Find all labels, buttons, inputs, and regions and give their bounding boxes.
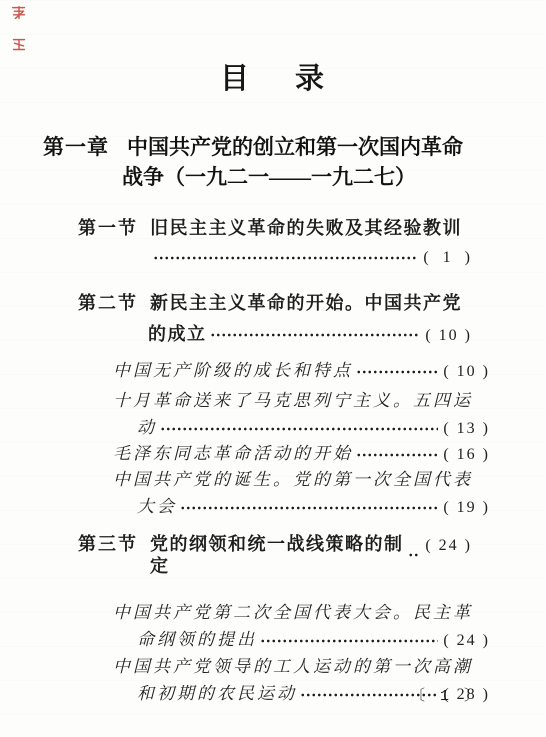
subsection2-line1-text: 十月革命送来了马克思列宁主义。五四运 [113,390,473,412]
section2-title-cont-text: 的成立 [148,323,207,345]
red-stamp-icon [10,36,28,54]
subsection2-line2-text: 动 [137,417,157,439]
chapter-heading-line2: 战争 （一九二一——一九二七） [122,165,546,190]
red-stamp-icon [10,4,28,22]
toc-section1-leader-row: ( 1 ) [150,247,472,269]
chapter-label: 第一章 [43,136,109,160]
section1-page-number: ( 1 ) [423,247,472,269]
subsection1-page-number: ( 10 ) [443,361,490,383]
toc-subsection-row: 毛泽东同志革命活动的开始 ( 16 ) [113,443,490,466]
toc-subsection-continuation-row: 命纲领的提出 ( 24 ) [137,629,490,652]
section1-title-text: 旧民主主义革命的失败及其经验教训 [150,217,462,239]
subsection4-line2-text: 大会 [137,496,177,518]
page-title: 目录 [0,0,546,96]
chapter-title-text-bold: 战争 [122,166,164,190]
red-stamp-mark-top [10,4,28,22]
subsection6-line2-text: 和初期的农民运动 [137,683,297,705]
section3-label: 第三节 [78,533,138,555]
red-stamp-mark-bottom [10,36,28,54]
dot-leader [160,425,438,433]
section3-title-text: 党的纲领和统一战线策略的制定 [150,533,405,577]
subsection3-text: 毛泽东同志革命活动的开始 [113,443,353,465]
scanned-toc-page: 目录 第一章 中国共产党的创立和第一次国内革命 战争 （一九二一——一九二七） … [0,0,546,737]
toc-subsection-continuation-row: 动 ( 13 ) [137,417,490,440]
dot-leader [260,637,438,645]
subsection2-page-number: ( 13 ) [443,418,490,440]
dot-leader [356,451,438,459]
section2-title-text: 新民主主义革命的开始。中国共产党 [150,292,462,314]
section2-label: 第二节 [78,292,138,314]
chapter-heading-line1: 第一章 中国共产党的创立和第一次国内革命 [43,136,546,160]
subsection6-line1-text: 中国共产党领导的工人运动的第一次高潮 [113,656,473,678]
section1-label: 第一节 [78,217,138,239]
dot-leader [180,504,438,512]
chapter-date-range: （一九二一——一九二七） [164,165,416,189]
subsection4-line1-text: 中国共产党的诞生。党的第一次全国代表 [113,469,473,491]
toc-subsection-row: 中国无产阶级的成长和特点 ( 10 ) [113,360,490,383]
toc-subsection-row: 十月革命送来了马克思列宁主义。五四运 [113,390,546,412]
toc-subsection-continuation-row: 大会 ( 19 ) [137,496,490,519]
subsection3-page-number: ( 16 ) [443,444,490,466]
dot-leader [356,368,438,376]
toc-subsection-row: 中国共产党第二次全国代表大会。民主革 [113,602,546,624]
toc-section2-continuation-row: 的成立 ( 10 ) [148,323,472,347]
toc-subsection-row: 中国共产党的诞生。党的第一次全国代表 [113,469,546,491]
toc-section1-title-row: 第一节 旧民主主义革命的失败及其经验教训 [78,217,546,239]
toc-section2-title-row: 第二节 新民主主义革命的开始。中国共产党 [78,292,546,314]
subsection5-line1-text: 中国共产党第二次全国代表大会。民主革 [113,602,473,624]
folio-page-number: 〔 1 〕 [410,684,482,705]
subsection4-page-number: ( 19 ) [443,497,490,519]
chapter-title-text: 中国共产党的创立和第一次国内革命 [127,136,463,160]
page-title-char-1: 目 [220,62,251,96]
subsection5-page-number: ( 24 ) [443,630,490,652]
subsection1-text: 中国无产阶级的成长和特点 [113,360,353,382]
section2-page-number: ( 10 ) [425,325,472,347]
dot-leader [210,331,421,339]
dot-leader [153,254,418,262]
subsection5-line2-text: 命纲领的提出 [137,629,257,651]
toc-subsection-row: 中国共产党领导的工人运动的第一次高潮 [113,656,546,678]
dot-leader [408,551,420,559]
section3-page-number: ( 24 ) [425,535,472,557]
page-title-char-2: 录 [295,62,326,96]
toc-section3-title-row: 第三节 党的纲领和统一战线策略的制定 ( 24 ) [78,533,472,577]
